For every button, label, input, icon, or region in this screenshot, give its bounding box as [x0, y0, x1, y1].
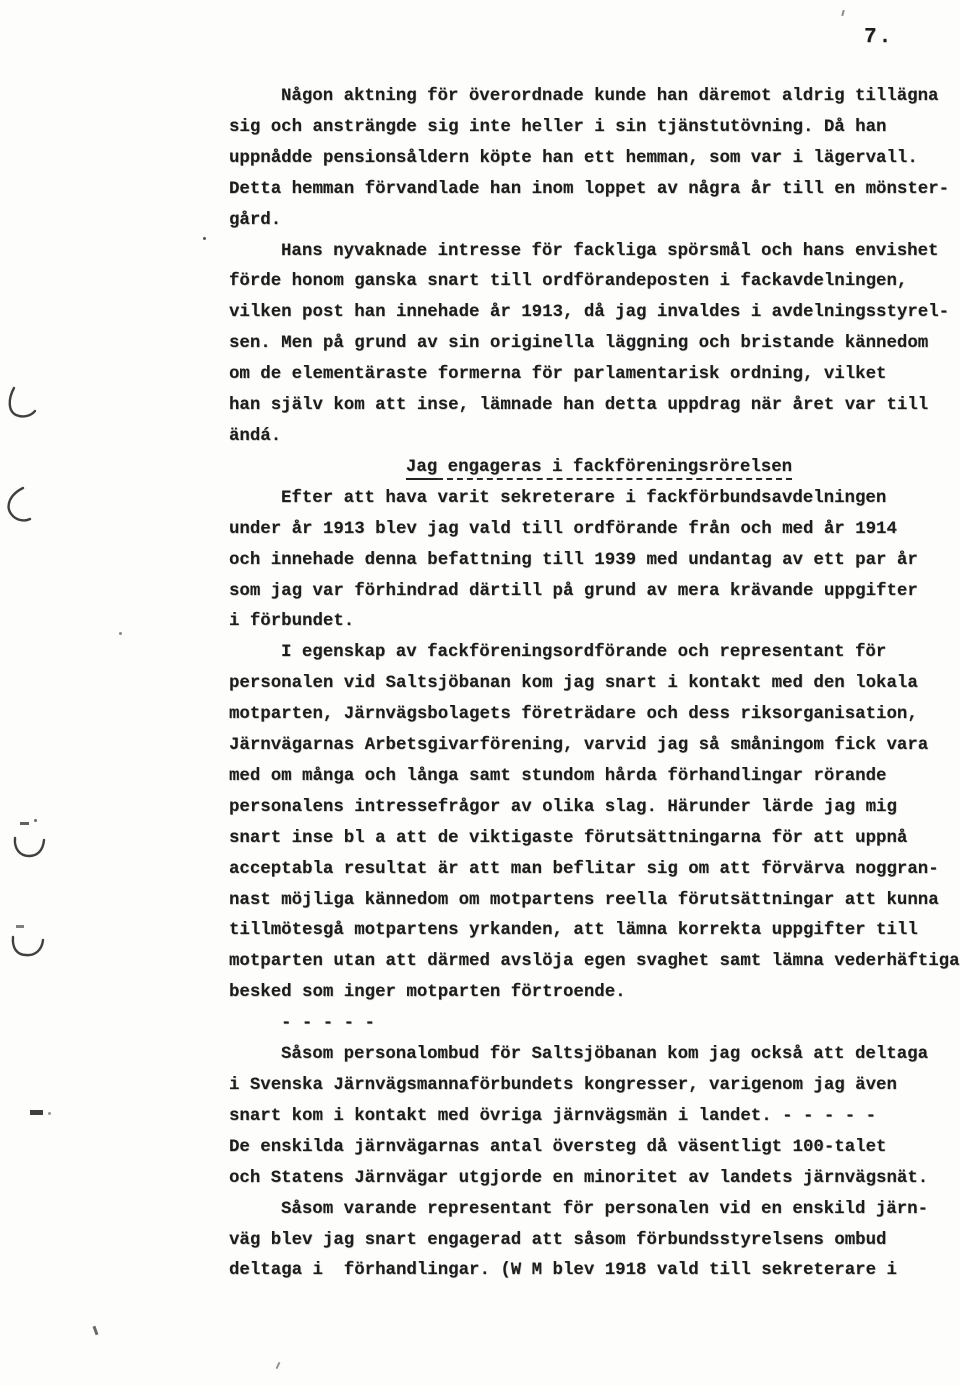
ink-speck	[16, 925, 24, 928]
text-line: acceptabla resultat är att man beflitar …	[229, 855, 960, 886]
text-line: med om många och långa samt stundom hård…	[229, 762, 960, 793]
paragraph: Efter att hava varit sekreterare i fackf…	[229, 484, 960, 639]
ink-speck	[48, 1112, 51, 1115]
ink-speck	[20, 822, 29, 825]
paragraph: Såsom personalombud för Saltsjöbanan kom…	[229, 1040, 960, 1195]
text-line: förde honom ganska snart till ordförande…	[229, 267, 960, 298]
ink-speck	[93, 1326, 99, 1335]
text-line: snart kom i kontakt med övriga järnvägsm…	[229, 1102, 960, 1133]
section-heading: Jag engageras i fackföreningsrörelsen	[229, 453, 960, 484]
ink-speck	[34, 819, 37, 822]
text-line: Såsom varande representant för personale…	[229, 1195, 960, 1226]
margin-smile-curve-mark	[10, 934, 48, 962]
ink-speck	[841, 10, 844, 16]
text-line: han själv kom att inse, lämnade han dett…	[229, 391, 960, 422]
text-line: sig och ansträngde sig inte heller i sin…	[229, 113, 960, 144]
paragraph: Hans nyvaknade intresse för fackliga spö…	[229, 237, 960, 453]
scanned-page: 7. Någon aktning för överordnade kunde h…	[0, 0, 960, 1386]
text-line: i förbundet.	[229, 607, 960, 638]
text-line: Järnvägarnas Arbetsgivarförening, varvid…	[229, 731, 960, 762]
page-number: 7.	[864, 26, 893, 49]
text-line: motparten, Järnvägsbolagets företrädare …	[229, 700, 960, 731]
text-line: I egenskap av fackföreningsordförande oc…	[229, 638, 960, 669]
text-line: personalens intressefrågor av olika slag…	[229, 793, 960, 824]
text-line: snart inse bl a att de viktigaste föruts…	[229, 824, 960, 855]
text-line: väg blev jag snart engagerad att såsom f…	[229, 1226, 960, 1257]
margin-corner-curve-mark	[6, 386, 38, 420]
text-line: under år 1913 blev jag vald till ordföra…	[229, 515, 960, 546]
paragraph: I egenskap av fackföreningsordförande oc…	[229, 638, 960, 1009]
text-line: uppnådde pensionsåldern köpte han ett he…	[229, 144, 960, 175]
text-line: sen. Men på grund av sin originella lägg…	[229, 329, 960, 360]
paragraph: Såsom varande representant för personale…	[229, 1195, 960, 1288]
heading-rest: engageras i fackföreningsrörelsen	[437, 458, 792, 481]
text-line: som jag var förhindrad därtill på grund …	[229, 577, 960, 608]
text-line: besked som inger motparten förtroende.	[229, 978, 960, 1009]
heading-lead: Jag	[406, 458, 437, 481]
text-line: vilken post han innehade år 1913, då jag…	[229, 298, 960, 329]
text-line: i Svenska Järnvägsmannaförbundets kongre…	[229, 1071, 960, 1102]
margin-paren-curve-mark	[4, 486, 32, 524]
ink-speck	[203, 237, 206, 240]
text-line: om de elementäraste formerna för parlame…	[229, 360, 960, 391]
text-line: Någon aktning för överordnade kunde han …	[229, 82, 960, 113]
text-body: Någon aktning för överordnade kunde han …	[229, 82, 960, 1287]
text-line: Såsom personalombud för Saltsjöbanan kom…	[229, 1040, 960, 1071]
text-line: Efter att hava varit sekreterare i fackf…	[229, 484, 960, 515]
dash-separator: - - - - -	[229, 1009, 960, 1040]
ink-speck	[276, 1362, 281, 1369]
text-line: De enskilda järnvägarnas antal översteg …	[229, 1133, 960, 1164]
text-line: gård.	[229, 206, 960, 237]
margin-smile-curve-mark	[12, 832, 48, 862]
margin-pen-dash-mark	[30, 1110, 43, 1115]
text-line: motparten utan att därmed avslöja egen s…	[229, 947, 960, 978]
text-line: personalen vid Saltsjöbanan kom jag snar…	[229, 669, 960, 700]
dash-line: - - - - -	[229, 1009, 960, 1040]
text-line: och innehade denna befattning till 1939 …	[229, 546, 960, 577]
text-line: och Statens Järnvägar utgjorde en minori…	[229, 1164, 960, 1195]
text-line: Hans nyvaknade intresse för fackliga spö…	[229, 237, 960, 268]
text-line: deltaga i förhandlingar. (W M blev 1918 …	[229, 1256, 960, 1287]
paragraph: Någon aktning för överordnade kunde han …	[229, 82, 960, 237]
ink-speck	[119, 632, 122, 635]
text-line: Detta hemman förvandlade han inom loppet…	[229, 175, 960, 206]
text-line: ändá.	[229, 422, 960, 453]
text-line: nast möjliga kännedom om motpartens reel…	[229, 886, 960, 917]
text-line: tillmötesgå motpartens yrkanden, att läm…	[229, 916, 960, 947]
